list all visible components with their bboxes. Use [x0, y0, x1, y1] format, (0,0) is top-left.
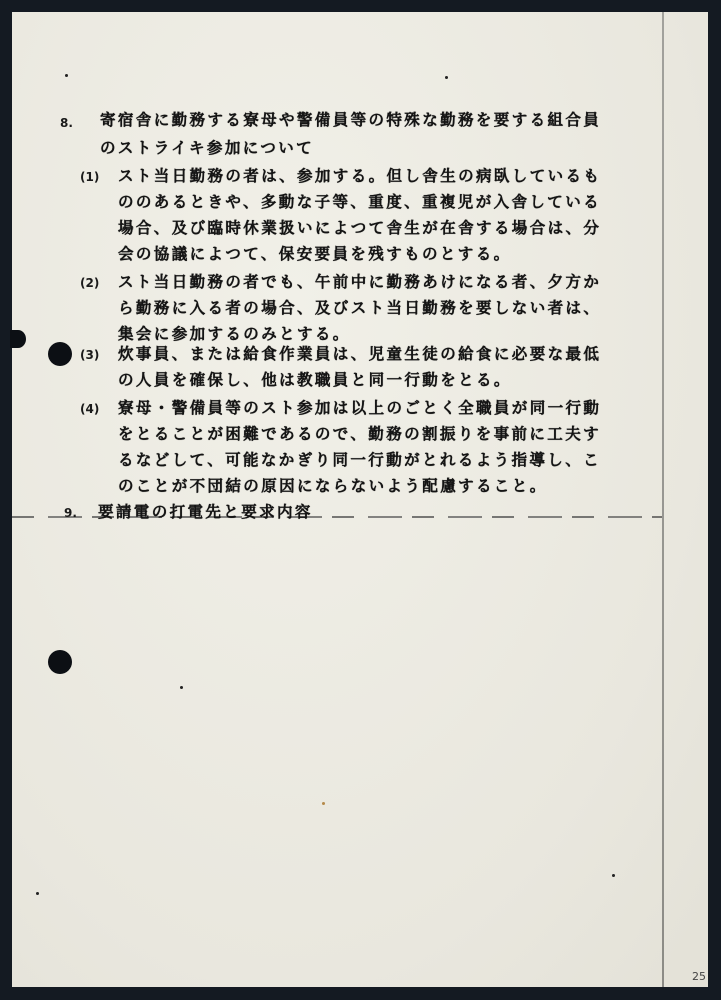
- section-number: 9.: [64, 506, 77, 520]
- speck: [445, 76, 448, 79]
- item-line: スト当日勤務の者でも、午前中に勤務あけになる者、夕方か: [118, 270, 601, 292]
- speck: [322, 802, 325, 805]
- section-heading-line: 寄宿舎に勤務する寮母や警備員等の特殊な勤務を要する組合員: [100, 108, 601, 130]
- scanned-page: 8. 寄宿舎に勤務する寮母や警備員等の特殊な勤務を要する組合員 のストライキ参加…: [12, 12, 708, 987]
- edge-hole-mark: [10, 330, 26, 348]
- speck: [180, 686, 183, 689]
- item-label: (1): [80, 170, 99, 184]
- item-label: (4): [80, 402, 99, 416]
- item-line: 場合、及び臨時休業扱いによつて舎生が在舎する場合は、分: [118, 216, 601, 238]
- item-label: (3): [80, 348, 99, 362]
- section-heading-line: 要請電の打電先と要求内容: [98, 500, 313, 522]
- item-line: 集会に参加するのみとする。: [118, 322, 351, 344]
- section-number: 8.: [60, 116, 73, 130]
- speck: [65, 74, 68, 77]
- item-line: 会の協議によつて、保安要員を残すものとする。: [118, 242, 512, 264]
- speck: [612, 874, 615, 877]
- item-label: (2): [80, 276, 99, 290]
- item-line: 炊事員、または給食作業員は、児童生徒の給食に必要な最低: [118, 342, 601, 364]
- item-line: のことが不団結の原因にならないよう配慮すること。: [118, 474, 548, 496]
- section-heading-line: のストライキ参加について: [100, 136, 314, 158]
- item-line: ら勤務に入る者の場合、及びスト当日勤務を要しない者は、: [118, 296, 601, 318]
- item-line: スト当日勤務の者は、参加する。但し舎生の病臥しているも: [118, 164, 601, 186]
- speck: [36, 892, 39, 895]
- item-line: の人員を確保し、他は教職員と同一行動をとる。: [118, 368, 512, 390]
- punch-hole-upper: [48, 342, 72, 366]
- item-line: 寮母・警備員等のスト参加は以上のごとく全職員が同一行動: [118, 396, 601, 418]
- vertical-fold-line: [662, 12, 664, 987]
- item-line: るなどして、可能なかぎり同一行動がとれるよう指導し、こ: [118, 448, 601, 470]
- page-mark: 25: [692, 970, 706, 983]
- item-line: をとることが困難であるので、勤務の割振りを事前に工夫す: [118, 422, 601, 444]
- item-line: ののあるときや、多動な子等、重度、重複児が入舎している: [118, 190, 601, 212]
- punch-hole-lower: [48, 650, 72, 674]
